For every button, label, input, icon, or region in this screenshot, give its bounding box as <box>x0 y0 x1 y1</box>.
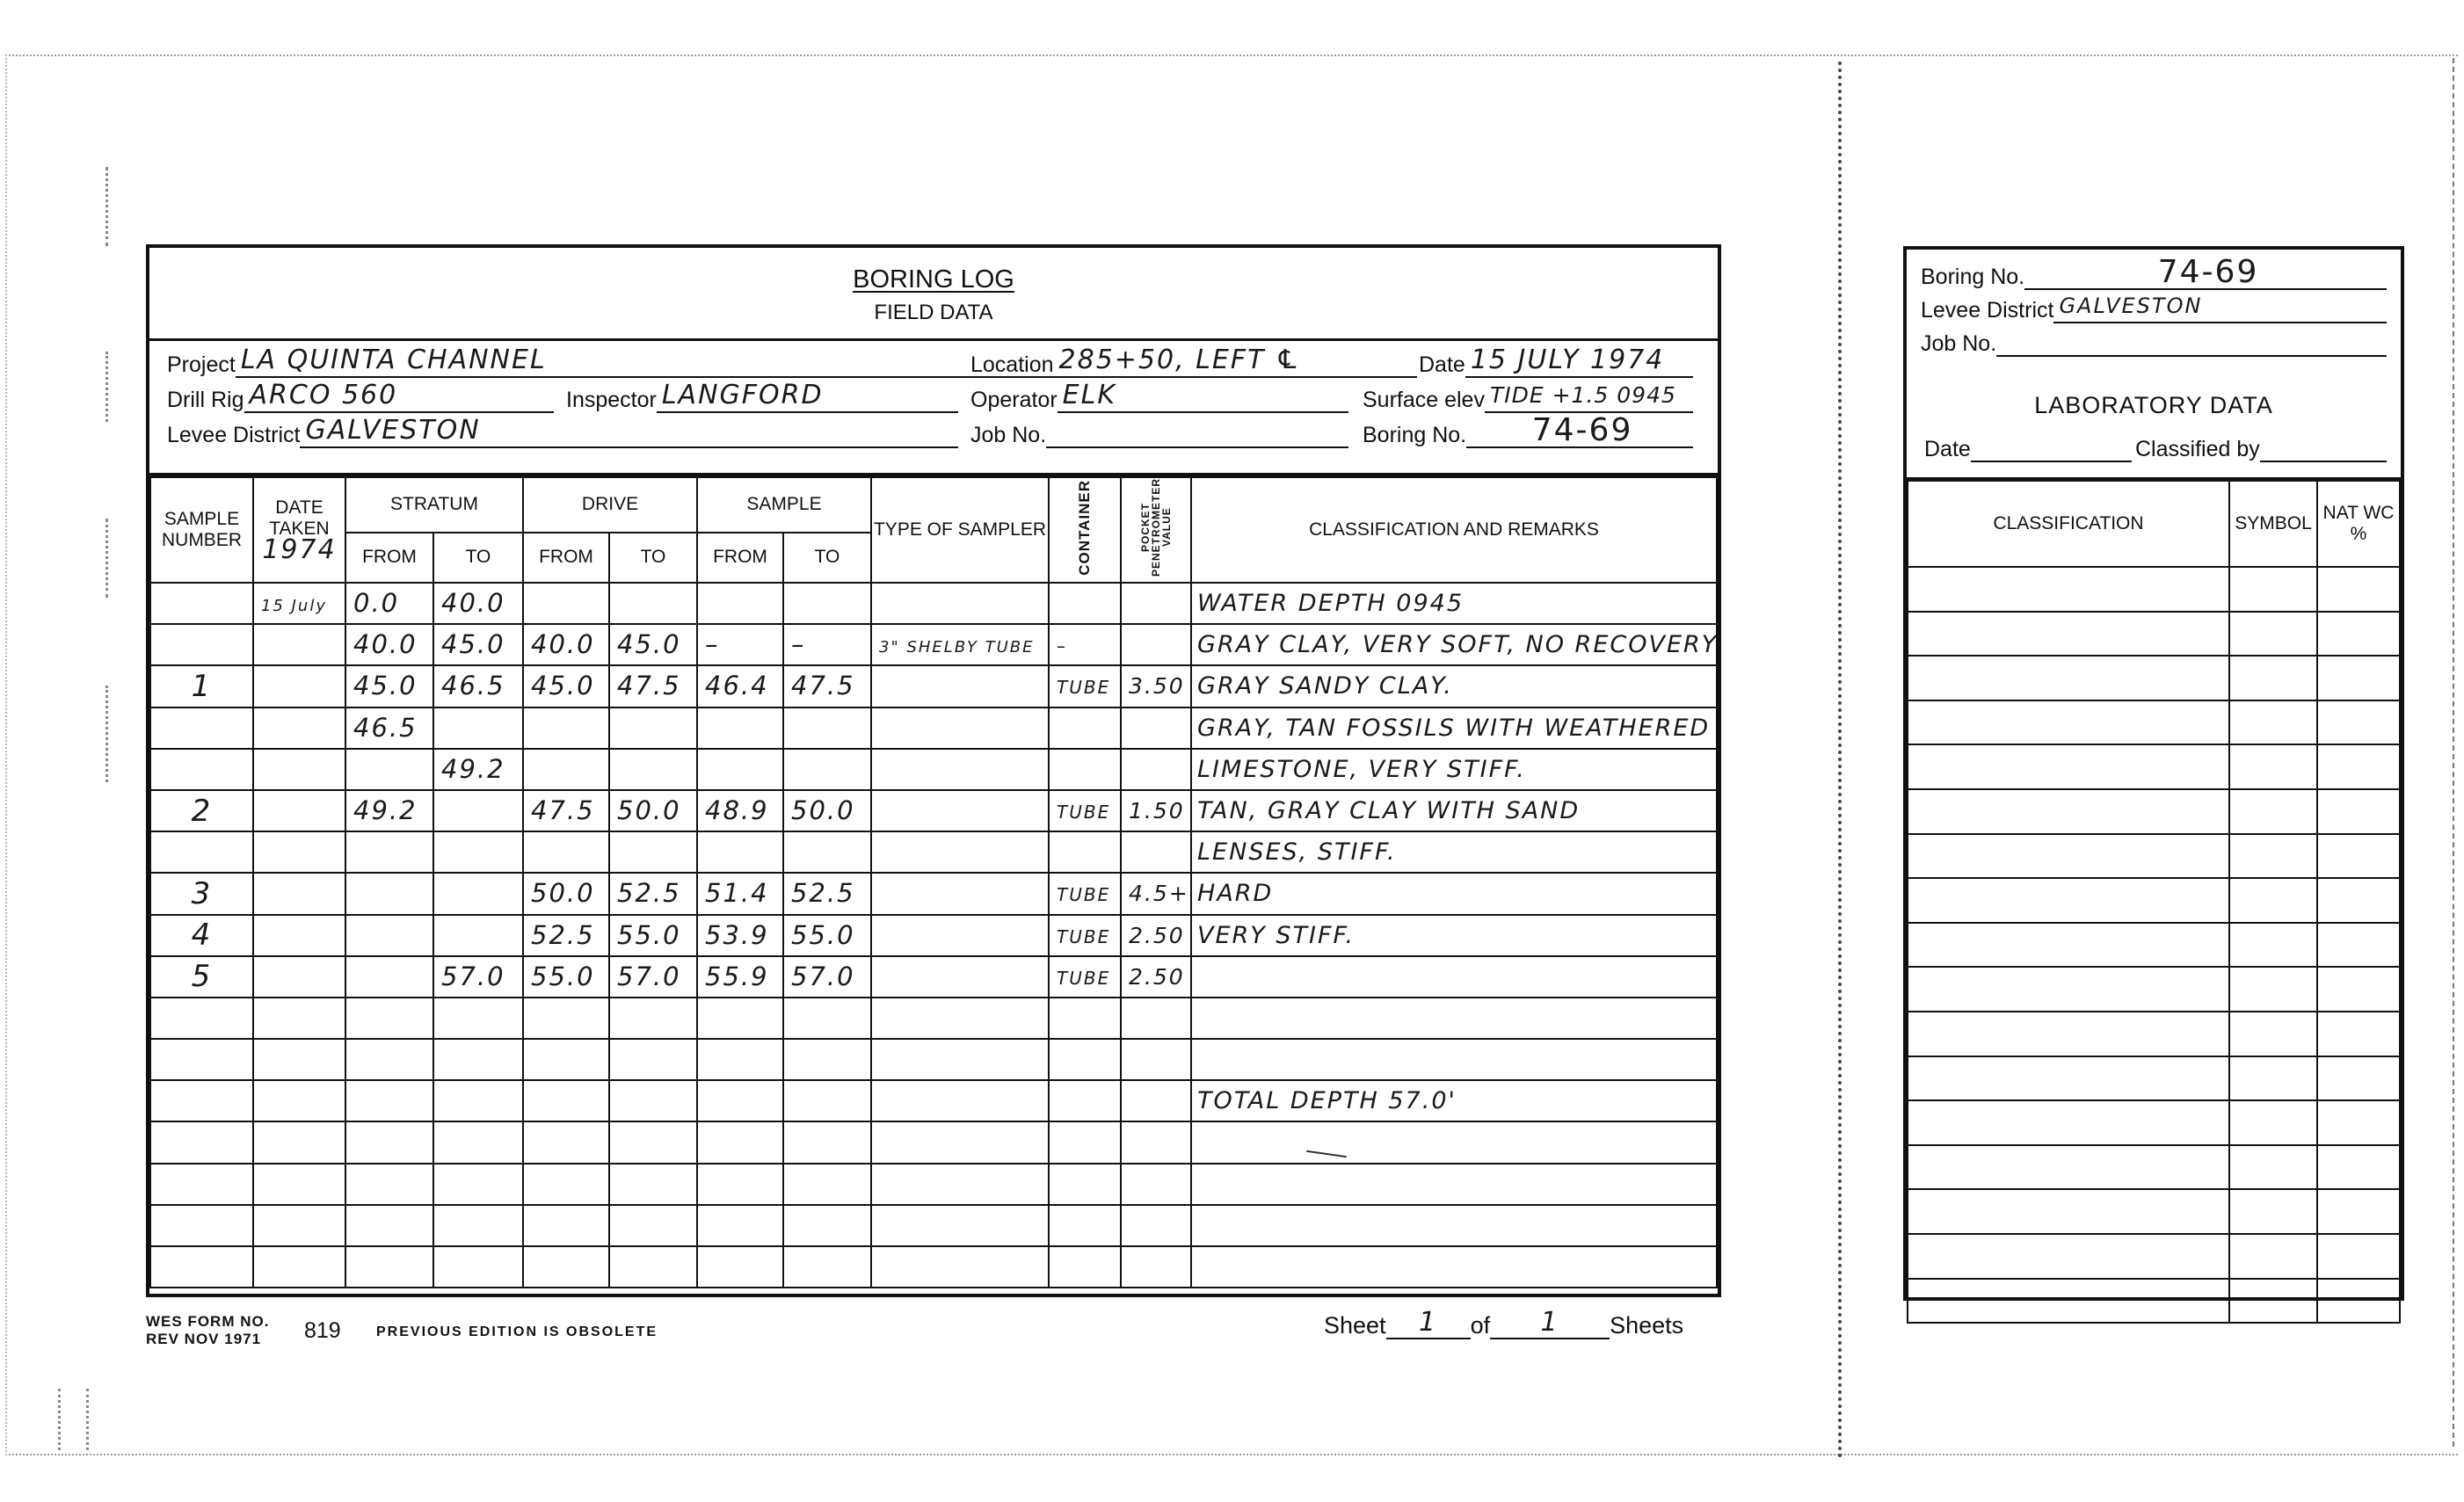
lab-nat-wc-cell[interactable] <box>2317 1012 2400 1056</box>
drive-to-cell[interactable] <box>609 1205 697 1246</box>
sample-to-cell[interactable] <box>783 1121 871 1163</box>
sampler-cell[interactable] <box>871 707 1049 749</box>
lab-levee-district-value[interactable]: GALVESTON <box>2053 292 2387 323</box>
laboratory-data-panel: Boring No. 74-69 Levee District GALVESTO… <box>1903 246 2404 1301</box>
container-cell[interactable]: TUBE <box>1049 915 1121 956</box>
sample-number-cell[interactable] <box>150 1246 253 1288</box>
drive-from-cell[interactable] <box>523 707 609 749</box>
remark-cell[interactable]: HARD <box>1191 873 1717 914</box>
sampler-cell[interactable] <box>871 1246 1049 1288</box>
sampler-cell[interactable] <box>871 915 1049 956</box>
sample-to-cell[interactable] <box>783 998 871 1039</box>
sheet-value[interactable]: 1 <box>1386 1311 1471 1339</box>
lab-classification-cell[interactable] <box>1908 1189 2229 1234</box>
drive-to-cell[interactable] <box>609 749 697 790</box>
lab-classification-cell[interactable] <box>1908 923 2229 968</box>
lab-classification-cell[interactable] <box>1908 834 2229 879</box>
lab-nat-wc-cell[interactable] <box>2317 878 2400 923</box>
sampler-cell[interactable] <box>871 998 1049 1039</box>
remark-cell[interactable]: GRAY, TAN FOSSILS WITH WEATHERED <box>1191 707 1717 749</box>
sample-to-cell[interactable] <box>783 749 871 790</box>
date-taken-cell[interactable] <box>253 749 345 790</box>
sample-from-cell[interactable]: 53.9 <box>697 915 783 956</box>
sample-to-cell[interactable] <box>783 831 871 873</box>
drive-from-cell[interactable] <box>523 1039 609 1080</box>
sample-from-cell[interactable]: – <box>697 624 783 665</box>
drive-to-cell[interactable] <box>609 707 697 749</box>
drill-rig-field[interactable]: Drill Rig ARCO 560 <box>167 381 554 413</box>
drive-from-cell[interactable]: 50.0 <box>523 873 609 914</box>
lab-classification-cell[interactable] <box>1908 1234 2229 1279</box>
drive-from-cell[interactable] <box>523 749 609 790</box>
drive-to-cell[interactable]: 52.5 <box>609 873 697 914</box>
stratum-from-cell[interactable] <box>345 1080 433 1121</box>
lab-symbol-cell[interactable] <box>2229 923 2317 968</box>
drive-from-cell[interactable] <box>523 1164 609 1205</box>
stratum-from-text: 49.2 <box>353 795 418 825</box>
penetrometer-cell[interactable]: 4.5+ <box>1121 873 1191 914</box>
sample-to-cell[interactable] <box>783 1080 871 1121</box>
lab-symbol-cell[interactable] <box>2229 834 2317 879</box>
drive-from-cell[interactable]: 40.0 <box>523 624 609 665</box>
sample-number-cell[interactable] <box>150 831 253 873</box>
lab-classification-cell[interactable] <box>1908 789 2229 834</box>
date-taken-cell[interactable] <box>253 1080 345 1121</box>
sampler-cell[interactable] <box>871 1164 1049 1205</box>
stratum-from-cell[interactable] <box>345 915 433 956</box>
date-taken-cell[interactable] <box>253 665 345 707</box>
sample-from-cell[interactable]: 46.4 <box>697 665 783 707</box>
sample-number-cell[interactable]: 1 <box>150 665 253 707</box>
penetrometer-cell[interactable] <box>1121 998 1191 1039</box>
sample-number-cell[interactable] <box>150 1164 253 1205</box>
stratum-from-cell[interactable] <box>345 831 433 873</box>
lab-symbol-cell[interactable] <box>2229 789 2317 834</box>
drive-from-cell[interactable] <box>523 583 609 624</box>
sample-from-cell[interactable] <box>697 707 783 749</box>
sample-number-cell[interactable] <box>150 998 253 1039</box>
container-cell[interactable] <box>1049 1121 1121 1163</box>
boring-no-field[interactable]: Boring No. 74-69 <box>1363 417 1693 448</box>
penetrometer-cell[interactable] <box>1121 1121 1191 1163</box>
sample-to-cell[interactable]: 50.0 <box>783 790 871 831</box>
lab-classification-cell[interactable] <box>1908 656 2229 700</box>
sample-number-cell[interactable]: 2 <box>150 790 253 831</box>
sample-from-cell[interactable] <box>697 1164 783 1205</box>
container-cell[interactable]: – <box>1049 624 1121 665</box>
sampler-cell[interactable] <box>871 831 1049 873</box>
sample-to-cell[interactable]: – <box>783 624 871 665</box>
container-cell[interactable]: TUBE <box>1049 665 1121 707</box>
sample-number-cell[interactable]: 4 <box>150 915 253 956</box>
container-cell[interactable] <box>1049 583 1121 624</box>
drive-from-cell[interactable]: 52.5 <box>523 915 609 956</box>
stratum-from-cell[interactable] <box>345 1121 433 1163</box>
sample-number-cell[interactable]: 5 <box>150 956 253 998</box>
lab-symbol-cell[interactable] <box>2229 700 2317 745</box>
stratum-to-cell[interactable] <box>433 998 523 1039</box>
drive-to-cell[interactable]: 47.5 <box>609 665 697 707</box>
drive-to-cell[interactable]: 45.0 <box>609 624 697 665</box>
lab-symbol-cell[interactable] <box>2229 967 2317 1012</box>
lab-nat-wc-cell[interactable] <box>2317 744 2400 789</box>
sampler-cell[interactable] <box>871 1121 1049 1163</box>
sample-number-cell[interactable] <box>150 1205 253 1246</box>
penetrometer-cell[interactable] <box>1121 624 1191 665</box>
drive-from-cell[interactable] <box>523 998 609 1039</box>
container-cell[interactable] <box>1049 1164 1121 1205</box>
sampler-cell[interactable] <box>871 790 1049 831</box>
sample-to-cell[interactable] <box>783 1246 871 1288</box>
remark-text: GRAY, TAN FOSSILS WITH WEATHERED <box>1197 715 1710 742</box>
drive-from-cell[interactable]: 47.5 <box>523 790 609 831</box>
remark-cell[interactable]: GRAY CLAY, VERY SOFT, NO RECOVERY <box>1191 624 1717 665</box>
container-cell[interactable] <box>1049 707 1121 749</box>
header-pocket-penetrometer: POCKET PENETROMETER VALUE <box>1121 477 1191 583</box>
sample-from-cell[interactable]: 55.9 <box>697 956 783 998</box>
remark-cell[interactable] <box>1191 1205 1717 1246</box>
remark-cell[interactable]: TAN, GRAY CLAY WITH SAND <box>1191 790 1717 831</box>
drive-to-cell[interactable] <box>609 1121 697 1163</box>
drive-from-cell[interactable] <box>523 1246 609 1288</box>
sample-to-cell[interactable]: 57.0 <box>783 956 871 998</box>
date-taken-cell[interactable] <box>253 1205 345 1246</box>
sample-number-text: 2 <box>192 794 213 829</box>
drive-to-cell[interactable]: 50.0 <box>609 790 697 831</box>
stratum-to-cell[interactable] <box>433 1205 523 1246</box>
stratum-from-cell[interactable]: 40.0 <box>345 624 433 665</box>
penetrometer-cell[interactable] <box>1121 831 1191 873</box>
project-value[interactable]: LA QUINTA CHANNEL <box>236 346 1064 378</box>
sampler-cell[interactable] <box>871 749 1049 790</box>
sample-from-cell[interactable] <box>697 1205 783 1246</box>
lab-classified-by-field[interactable]: Classified by <box>2135 431 2387 462</box>
penetrometer-cell[interactable] <box>1121 749 1191 790</box>
lab-classification-cell[interactable] <box>1908 1056 2229 1101</box>
lab-symbol-cell[interactable] <box>2229 1145 2317 1190</box>
penetrometer-cell[interactable]: 1.50 <box>1121 790 1191 831</box>
sample-number-cell[interactable] <box>150 1080 253 1121</box>
sample-to-text: 52.5 <box>791 878 855 908</box>
lab-symbol-cell[interactable] <box>2229 1056 2317 1101</box>
sampler-cell[interactable] <box>871 1039 1049 1080</box>
sample-from-cell[interactable] <box>697 583 783 624</box>
sample-from-cell[interactable] <box>697 998 783 1039</box>
surface-elev-value[interactable]: TIDE +1.5 0945 <box>1485 381 1693 413</box>
sampler-cell[interactable] <box>871 1080 1049 1121</box>
operator-value[interactable]: ELK <box>1058 381 1348 413</box>
lab-date-value[interactable] <box>1971 431 2132 462</box>
stratum-to-cell[interactable] <box>433 790 523 831</box>
stratum-from-cell[interactable]: 0.0 <box>345 583 433 624</box>
remark-cell[interactable] <box>1191 1039 1717 1080</box>
lab-symbol-cell[interactable] <box>2229 878 2317 923</box>
lab-classification-cell[interactable] <box>1908 1012 2229 1056</box>
lab-nat-wc-cell[interactable] <box>2317 700 2400 745</box>
operator-field[interactable]: Operator ELK <box>970 381 1348 413</box>
sample-from-cell[interactable] <box>697 749 783 790</box>
date-taken-cell[interactable] <box>253 790 345 831</box>
drive-from-cell[interactable]: 45.0 <box>523 665 609 707</box>
remark-cell[interactable]: GRAY SANDY CLAY. <box>1191 665 1717 707</box>
lab-job-no-value[interactable] <box>1996 325 2387 357</box>
container-cell[interactable] <box>1049 1039 1121 1080</box>
drive-from-cell[interactable] <box>523 1205 609 1246</box>
sample-from-cell[interactable] <box>697 1246 783 1288</box>
drive-to-cell[interactable] <box>609 583 697 624</box>
drive-to-cell[interactable]: 55.0 <box>609 915 697 956</box>
sample-number-cell[interactable] <box>150 624 253 665</box>
lab-symbol-cell[interactable] <box>2229 567 2317 612</box>
lab-date-field[interactable]: Date <box>1924 431 2132 462</box>
job-no-field[interactable]: Job No. <box>970 417 1348 448</box>
sample-to-cell[interactable] <box>783 1039 871 1080</box>
sample-from-cell[interactable] <box>697 831 783 873</box>
lab-nat-wc-cell[interactable] <box>2317 834 2400 879</box>
lab-header: Boring No. 74-69 Levee District GALVESTO… <box>1907 250 2401 480</box>
sample-from-cell[interactable] <box>697 1080 783 1121</box>
stratum-to-cell[interactable] <box>433 1039 523 1080</box>
levee-district-value[interactable]: GALVESTON <box>300 417 958 448</box>
stratum-to-cell[interactable] <box>433 707 523 749</box>
penetrometer-cell[interactable] <box>1121 1039 1191 1080</box>
lab-classification-cell[interactable] <box>1908 1145 2229 1190</box>
sample-to-cell[interactable] <box>783 583 871 624</box>
inspector-field[interactable]: Inspector LANGFORD <box>566 381 958 413</box>
lab-symbol-cell[interactable] <box>2229 1189 2317 1234</box>
container-cell[interactable]: TUBE <box>1049 873 1121 914</box>
remark-cell[interactable]: LIMESTONE, VERY STIFF. <box>1191 749 1717 790</box>
remark-cell[interactable]: VERY STIFF. <box>1191 915 1717 956</box>
stratum-from-cell[interactable] <box>345 873 433 914</box>
stratum-to-cell[interactable] <box>433 1121 523 1163</box>
stratum-to-cell[interactable]: 45.0 <box>433 624 523 665</box>
remark-cell[interactable] <box>1191 998 1717 1039</box>
penetrometer-cell[interactable]: 2.50 <box>1121 915 1191 956</box>
lab-levee-district-field[interactable]: Levee District GALVESTON <box>1921 292 2387 323</box>
date-field[interactable]: Date 15 JULY 1974 <box>1419 346 1693 378</box>
sampler-cell[interactable] <box>871 583 1049 624</box>
stratum-from-cell[interactable] <box>345 1164 433 1205</box>
lab-classification-cell[interactable] <box>1908 567 2229 612</box>
drive-to-cell[interactable] <box>609 1246 697 1288</box>
surface-elev-field[interactable]: Surface elev TIDE +1.5 0945 <box>1363 381 1693 413</box>
lab-job-no-field[interactable]: Job No. <box>1921 325 2387 357</box>
container-cell[interactable] <box>1049 998 1121 1039</box>
lab-classified-by-value[interactable] <box>2260 431 2387 462</box>
remark-cell[interactable]: LENSES, STIFF. <box>1191 831 1717 873</box>
date-taken-cell[interactable] <box>253 1121 345 1163</box>
inspector-value[interactable]: LANGFORD <box>657 381 958 413</box>
remark-cell[interactable] <box>1191 956 1717 998</box>
container-cell[interactable] <box>1049 749 1121 790</box>
lab-boring-no-value[interactable]: 74-69 <box>2024 258 2387 290</box>
lab-nat-wc-cell[interactable] <box>2317 923 2400 968</box>
stratum-to-cell[interactable] <box>433 1080 523 1121</box>
table-row: 350.052.551.452.5TUBE4.5+HARD <box>150 873 1717 914</box>
drive-from-cell[interactable] <box>523 1080 609 1121</box>
stratum-from-cell[interactable]: 46.5 <box>345 707 433 749</box>
lab-nat-wc-cell[interactable] <box>2317 612 2400 657</box>
penetrometer-cell[interactable] <box>1121 1205 1191 1246</box>
stratum-from-cell[interactable]: 49.2 <box>345 790 433 831</box>
sample-to-cell[interactable] <box>783 707 871 749</box>
sample-number-cell[interactable] <box>150 1121 253 1163</box>
date-taken-cell[interactable] <box>253 915 345 956</box>
lab-classification-cell[interactable] <box>1908 700 2229 745</box>
stratum-from-cell[interactable] <box>345 1205 433 1246</box>
project-field[interactable]: Project LA QUINTA CHANNEL <box>167 346 1064 378</box>
sample-to-cell[interactable]: 52.5 <box>783 873 871 914</box>
lab-symbol-cell[interactable] <box>2229 612 2317 657</box>
drive-to-cell[interactable] <box>609 1080 697 1121</box>
lab-classification-cell[interactable] <box>1908 612 2229 657</box>
stratum-from-cell[interactable] <box>345 749 433 790</box>
sample-from-cell[interactable] <box>697 1039 783 1080</box>
penetrometer-cell[interactable] <box>1121 583 1191 624</box>
job-no-value[interactable] <box>1046 417 1348 448</box>
location-field[interactable]: Location 285+50, LEFT ℄ <box>970 346 1417 378</box>
lab-classification-cell[interactable] <box>1908 1279 2229 1324</box>
lab-symbol-cell[interactable] <box>2229 1234 2317 1279</box>
lab-symbol-cell[interactable] <box>2229 1100 2317 1145</box>
sample-from-cell[interactable]: 48.9 <box>697 790 783 831</box>
drive-from-cell[interactable]: 55.0 <box>523 956 609 998</box>
date-taken-cell[interactable]: 15 July <box>253 583 345 624</box>
stratum-to-text: 45.0 <box>441 629 505 659</box>
stratum-from-cell[interactable] <box>345 956 433 998</box>
lab-symbol-cell[interactable] <box>2229 1279 2317 1324</box>
lab-symbol-cell[interactable] <box>2229 656 2317 700</box>
remark-cell[interactable] <box>1191 1246 1717 1288</box>
penetrometer-cell[interactable] <box>1121 707 1191 749</box>
lab-classification-cell[interactable] <box>1908 878 2229 923</box>
sampler-cell[interactable] <box>871 665 1049 707</box>
penetrometer-cell[interactable] <box>1121 1164 1191 1205</box>
date-taken-cell[interactable] <box>253 998 345 1039</box>
sample-to-cell[interactable]: 47.5 <box>783 665 871 707</box>
drive-to-cell[interactable] <box>609 1039 697 1080</box>
date-taken-cell[interactable] <box>253 873 345 914</box>
drive-from-cell[interactable] <box>523 1121 609 1163</box>
sample-number-cell[interactable] <box>150 749 253 790</box>
date-taken-cell[interactable] <box>253 624 345 665</box>
stratum-from-cell[interactable] <box>345 1246 433 1288</box>
lab-classification-cell[interactable] <box>1908 967 2229 1012</box>
lab-classification-cell[interactable] <box>1908 744 2229 789</box>
date-value[interactable]: 15 JULY 1974 <box>1465 346 1693 378</box>
penetrometer-cell[interactable] <box>1121 1246 1191 1288</box>
lab-nat-wc-cell[interactable] <box>2317 1145 2400 1190</box>
penetrometer-cell[interactable] <box>1121 1080 1191 1121</box>
of-value[interactable]: 1 <box>1490 1311 1610 1339</box>
container-cell[interactable] <box>1049 1080 1121 1121</box>
sample-number-cell[interactable] <box>150 707 253 749</box>
sample-to-cell[interactable] <box>783 1164 871 1205</box>
date-taken-cell[interactable] <box>253 956 345 998</box>
lab-symbol-cell[interactable] <box>2229 744 2317 789</box>
stratum-from-cell[interactable] <box>345 998 433 1039</box>
container-cell[interactable] <box>1049 1205 1121 1246</box>
sample-to-cell[interactable] <box>783 1205 871 1246</box>
lab-nat-wc-cell[interactable] <box>2317 656 2400 700</box>
lab-symbol-cell[interactable] <box>2229 1012 2317 1056</box>
levee-district-field[interactable]: Levee District GALVESTON <box>167 417 958 448</box>
date-taken-cell[interactable] <box>253 1039 345 1080</box>
lab-row <box>1908 834 2400 879</box>
container-cell[interactable]: TUBE <box>1049 790 1121 831</box>
sample-number-cell[interactable] <box>150 583 253 624</box>
header-container: CONTAINER <box>1049 477 1121 583</box>
lab-nat-wc-cell[interactable] <box>2317 567 2400 612</box>
date-taken-cell[interactable] <box>253 1164 345 1205</box>
sample-from-cell[interactable]: 51.4 <box>697 873 783 914</box>
lab-nat-wc-cell[interactable] <box>2317 789 2400 834</box>
lab-boring-no-field[interactable]: Boring No. 74-69 <box>1921 258 2387 290</box>
lab-levee-district-label: Levee District <box>1921 298 2053 323</box>
container-cell[interactable] <box>1049 1246 1121 1288</box>
remark-cell[interactable] <box>1191 1164 1717 1205</box>
stratum-to-cell[interactable] <box>433 1246 523 1288</box>
date-taken-cell[interactable] <box>253 831 345 873</box>
stratum-to-cell[interactable]: 40.0 <box>433 583 523 624</box>
stratum-to-cell[interactable] <box>433 831 523 873</box>
drive-from-cell[interactable] <box>523 831 609 873</box>
drive-to-cell[interactable] <box>609 998 697 1039</box>
sampler-cell[interactable] <box>871 956 1049 998</box>
remark-cell[interactable]: TOTAL DEPTH 57.0' <box>1191 1080 1717 1121</box>
container-cell[interactable]: TUBE <box>1049 956 1121 998</box>
penetrometer-cell[interactable]: 3.50 <box>1121 665 1191 707</box>
drive-to-cell[interactable] <box>609 831 697 873</box>
lab-nat-wc-cell[interactable] <box>2317 1279 2400 1324</box>
sampler-cell[interactable] <box>871 873 1049 914</box>
container-cell[interactable] <box>1049 831 1121 873</box>
sampler-cell[interactable] <box>871 1205 1049 1246</box>
remark-cell[interactable]: WATER DEPTH 0945 <box>1191 583 1717 624</box>
stratum-to-cell[interactable]: 49.2 <box>433 749 523 790</box>
penetrometer-cell[interactable]: 2.50 <box>1121 956 1191 998</box>
location-value[interactable]: 285+50, LEFT ℄ <box>1054 346 1417 378</box>
drive-to-cell[interactable]: 57.0 <box>609 956 697 998</box>
sample-number-cell[interactable]: 3 <box>150 873 253 914</box>
sample-number-cell[interactable] <box>150 1039 253 1080</box>
lab-nat-wc-cell[interactable] <box>2317 1234 2400 1279</box>
lab-nat-wc-cell[interactable] <box>2317 967 2400 1012</box>
lab-nat-wc-cell[interactable] <box>2317 1189 2400 1234</box>
lab-nat-wc-cell[interactable] <box>2317 1100 2400 1145</box>
sample-from-cell[interactable] <box>697 1121 783 1163</box>
lab-classification-cell[interactable] <box>1908 1100 2229 1145</box>
stratum-to-cell[interactable] <box>433 915 523 956</box>
stratum-to-cell[interactable] <box>433 1164 523 1205</box>
date-taken-cell[interactable] <box>253 707 345 749</box>
page-edge-bottom <box>5 1454 2458 1455</box>
stratum-to-cell[interactable]: 57.0 <box>433 956 523 998</box>
sampler-cell[interactable]: 3" SHELBY TUBE <box>871 624 1049 665</box>
drive-to-cell[interactable] <box>609 1164 697 1205</box>
stratum-from-cell[interactable] <box>345 1039 433 1080</box>
date-taken-cell[interactable] <box>253 1246 345 1288</box>
stratum-to-cell[interactable]: 46.5 <box>433 665 523 707</box>
stratum-from-cell[interactable]: 45.0 <box>345 665 433 707</box>
lab-nat-wc-cell[interactable] <box>2317 1056 2400 1101</box>
stratum-to-cell[interactable] <box>433 873 523 914</box>
boring-no-value[interactable]: 74-69 <box>1466 417 1693 448</box>
remark-cell[interactable] <box>1191 1121 1717 1163</box>
sample-to-cell[interactable]: 55.0 <box>783 915 871 956</box>
drill-rig-value[interactable]: ARCO 560 <box>244 381 555 413</box>
